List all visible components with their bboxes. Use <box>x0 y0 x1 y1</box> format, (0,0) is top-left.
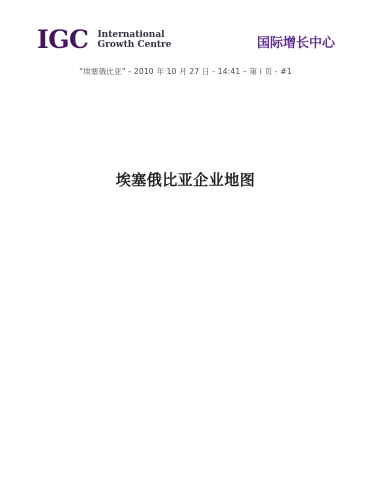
igc-logo-mark: IGC <box>37 30 88 49</box>
document-title: 埃塞俄比亚企业地图 <box>0 169 371 190</box>
igc-chinese-name: 国际增长中心 <box>257 36 335 50</box>
page-header: IGC International Growth Centre 国际增长中心 <box>37 30 335 50</box>
igc-logo: IGC International Growth Centre <box>37 30 172 50</box>
draft-meta-line: “埃塞俄比亚” - 2010 年 10 月 27 日 - 14:41 – 第 i… <box>0 66 371 77</box>
igc-logo-text-line2: Growth Centre <box>97 41 171 51</box>
document-page: IGC International Growth Centre 国际增长中心 “… <box>0 0 371 480</box>
igc-logo-text: International Growth Centre <box>97 30 171 50</box>
